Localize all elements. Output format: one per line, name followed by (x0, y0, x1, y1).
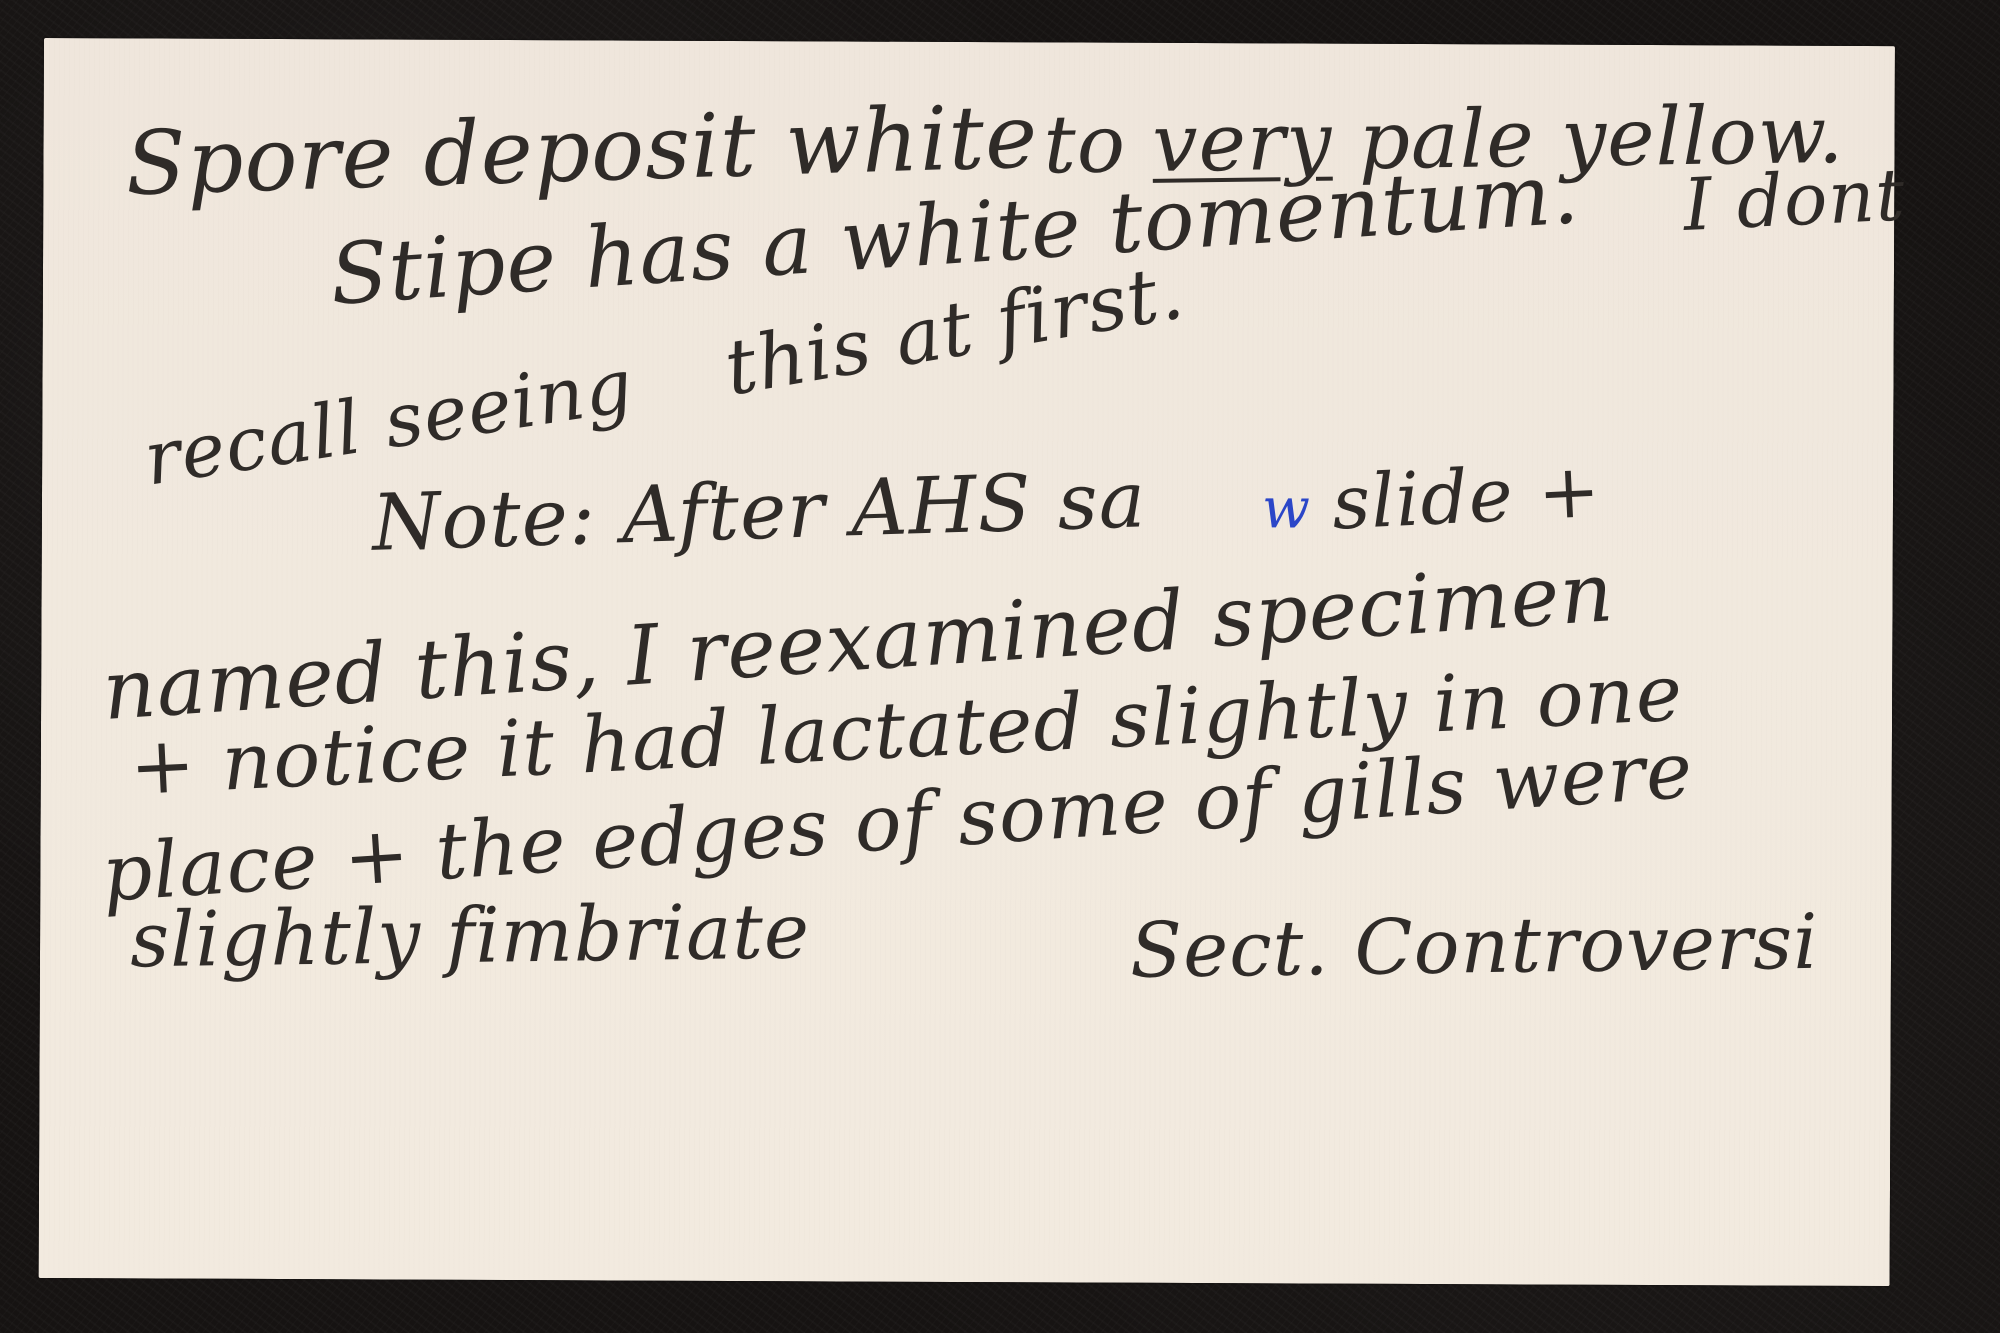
line-slide: slide + (1330, 454, 1602, 541)
line-section-controversi: Sect. Controversi (1130, 904, 1819, 989)
line-slightly-fimbriate: slightly fimbriate (130, 893, 811, 978)
blue-ink-correction: w (1262, 481, 1311, 537)
index-card: Spore deposit white to very pale yellow.… (39, 38, 1895, 1286)
line-note-after-ahs: Note: After AHS sa (371, 461, 1147, 563)
line-i-dont: I dont (1682, 158, 1907, 241)
